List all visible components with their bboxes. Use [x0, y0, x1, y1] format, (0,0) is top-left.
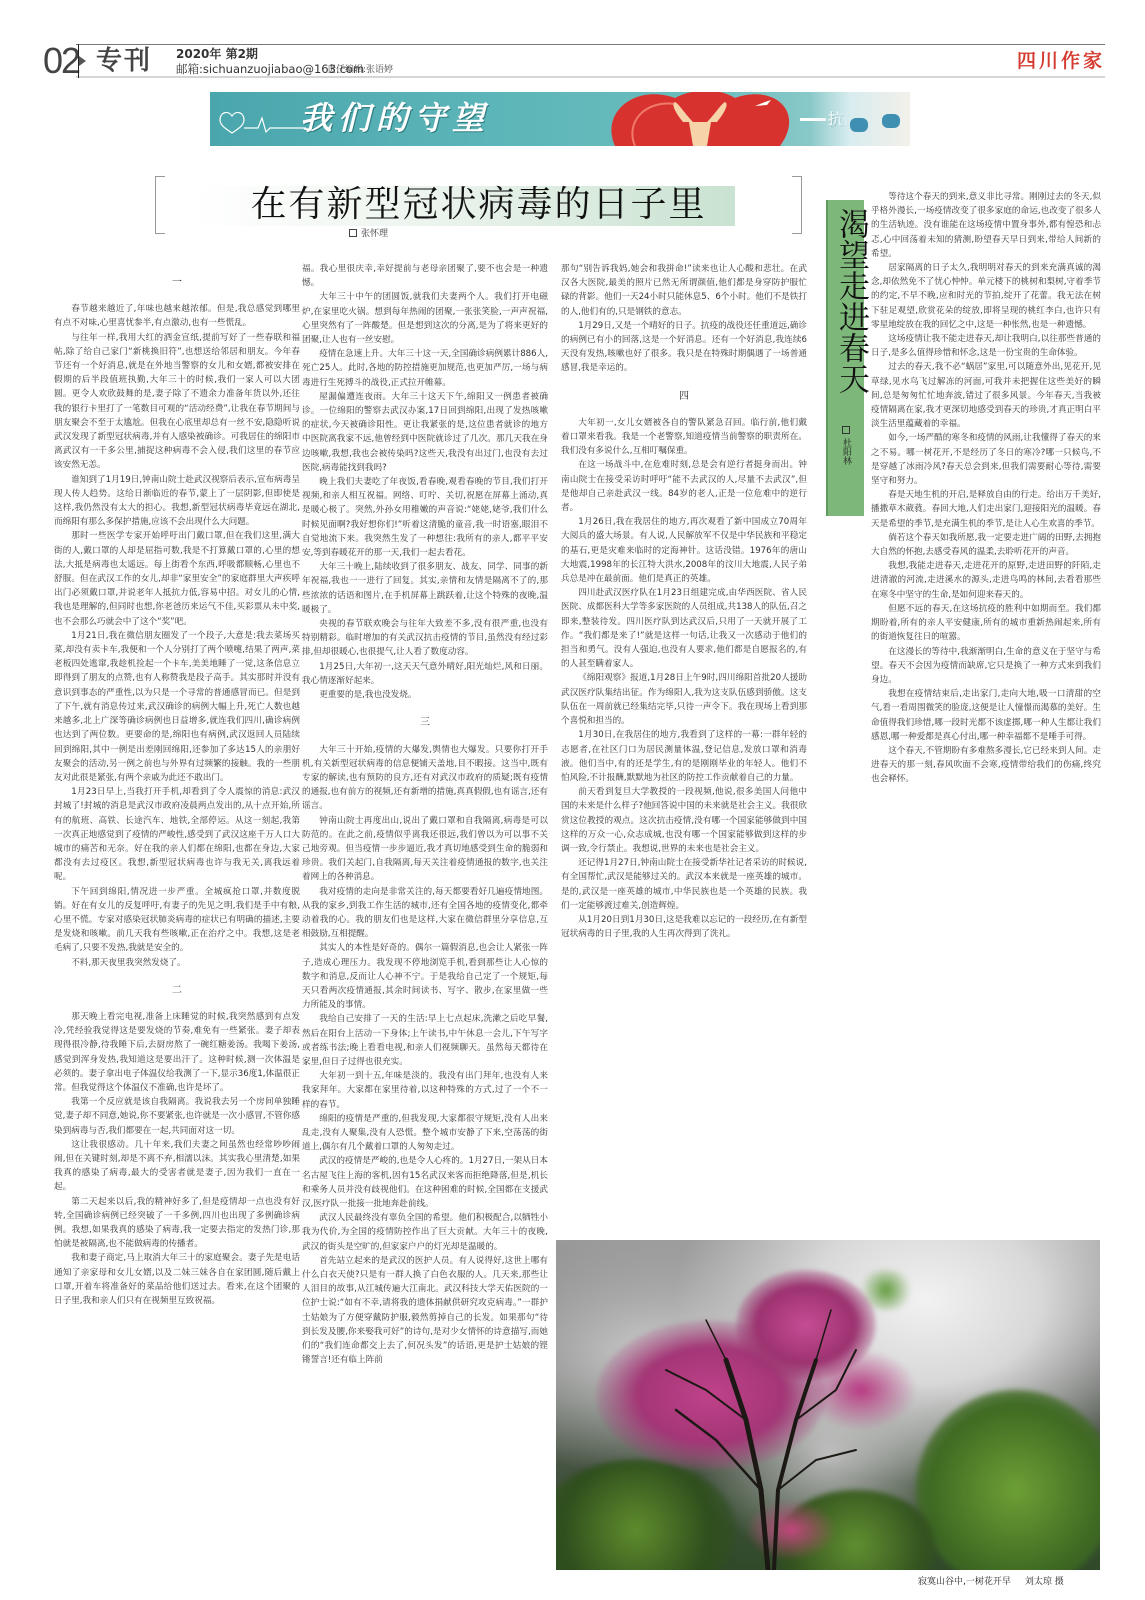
section-heading: 四 — [561, 390, 807, 404]
paragraph: 这让我很感动。几十年来,我们夫妻之间虽然也经常吵吵闹闹,但在关键时刻,却是不离不… — [54, 1138, 300, 1195]
paragraph: 央视的春节联欢晚会与往年大致差不多,没有很严重,也没有特别精彩。临时增加的有关武… — [302, 617, 548, 660]
paragraph: 疫情在急速上升。大年三十这一天,全国确诊病例累计886人,死亡25人。此时,各地… — [302, 347, 548, 390]
byline-box-icon — [842, 426, 850, 434]
paragraph: 1月26日,我在我居住的地方,再次观看了新中国成立70周年大阅兵的盛大场景。有人… — [561, 515, 807, 586]
paragraph: 1月21日,我在微信朋友圈发了一个段子,大意是:我去菜场买菜,却没有卖卡车,我便… — [54, 629, 300, 785]
paragraph: 1月29日,又是一个晴好的日子。抗疫的战役还任重道远,确诊的病例已有小的回落,这… — [561, 319, 807, 376]
section-name: 专刊 — [96, 46, 152, 76]
photo-caption: 寂寞山谷中,一树花开早刘太琼 摄 — [918, 1576, 1064, 1588]
paragraph: 下午回到绵阳,情况进一步严重。全城疯抢口罩,并数度脱销。好在有女儿的反复呼吁,有… — [54, 885, 300, 956]
paragraph: 第二天起来以后,我的精神好多了,但是疫情却一点也没有好转,全国确诊病例已经突破了… — [54, 1195, 300, 1252]
face-mask-icon — [882, 114, 900, 128]
side-author-name: 杜阳林 — [841, 438, 851, 465]
paragraph: 与往年一样,我用大红的洒金宣纸,提前写好了一些春联和福帖,除了给自己家门“新桃换… — [54, 331, 300, 473]
special-issue-banner: 我们的守望 抗击新型冠状病毒疫情专刊 — [210, 92, 910, 146]
paragraph: 我想,我能走进春天,走进花开的原野,走进田野的阡陌,走进清澈的河流,走进溪水的源… — [871, 559, 1101, 602]
paragraph: 屋漏偏遭连夜雨。大年三十这天下午,绵阳又一例患者被确诊。一位绵阳的警察去武汉办案… — [302, 390, 548, 475]
paragraph: 晚上我们夫妻吃了年夜饭,看春晚,观看春晚的节目,我们打开视频,和亲人相互祝福。网… — [302, 475, 548, 560]
paragraph: 1月23日早上,当我打开手机,却看到了令人震惊的消息:武汉封城了!封城的消息是武… — [54, 785, 300, 884]
byline-box-icon — [349, 229, 357, 237]
paragraph: 大年初一,女儿女婿被各自的警队紧急召回。临行前,他们戴着口罩来看我。我是一个老警… — [561, 416, 807, 459]
newspaper-logo: 四川作家 — [1017, 49, 1105, 73]
paragraph: 这个春天,不管期盼有多难熬多漫长,它已经来到人间。走进春天的那一刻,春风吹面不会… — [871, 744, 1101, 787]
paragraph: 居家隔离的日子太久,我明明对春天的到来充满真诚的渴念,却依然免不了忧心忡忡。单元… — [871, 261, 1101, 332]
landscape-photo — [556, 1240, 1100, 1570]
editor-label: 责任编辑:张语婷 — [327, 64, 393, 76]
paragraph: 钟南山院士再度出山,说出了戴口罩和自我隔离,病毒是可以防范的。在此之前,疫情似乎… — [302, 814, 548, 885]
paragraph: 大年三十开始,疫情的大爆发,舆情也大爆发。只要你打开手机,有关新型冠状病毒的信息… — [302, 743, 548, 814]
paragraph: 不料,那天夜里我突然发烧了。 — [54, 956, 300, 970]
side-article-column: 等待这个春天的到来,意义非比寻常。刚刚过去的冬天,似乎格外漫长,一场疫情改变了很… — [871, 190, 1101, 1235]
triangle-marker-icon — [79, 56, 86, 66]
paragraph: 春是天地生机的开启,是释放自由的行走。给出万千美好,播撒草木葳蕤。春回大地,人们… — [871, 488, 1101, 531]
caption-text: 寂寞山谷中,一树花开早 — [918, 1577, 1011, 1587]
tree-branches — [556, 1240, 1100, 1570]
side-article-title: 渴望走进春天 — [831, 208, 867, 394]
article-column-1: 一 春节越来越近了,年味也越来越浓郁。但是,我总感觉到哪里有点不对味,心里喜忧参… — [54, 262, 300, 1592]
paragraph: 那时一些医学专家开始呼吁出门戴口罩,但在我们这里,满大街的人,戴口罩的人却是屈指… — [54, 529, 300, 628]
section-heading: 一 — [54, 276, 300, 290]
article-byline: 张怀理 — [349, 228, 388, 240]
paragraph: 其实人的本性是好奇的。偶尔一篇假消息,也会让人紧张一阵子,造成心理压力。我发现不… — [302, 941, 548, 1012]
paragraph: 大年初一到十五,年味是淡的。我没有出门拜年,也没有人来我家拜年。大家都在家里待着… — [302, 1069, 548, 1112]
paragraph: 我给自己安排了一天的生活:早上七点起床,洗漱之后吃早餐,然后在阳台上活动一下身体… — [302, 1012, 548, 1069]
paragraph: 但愿不远的春天,在这场抗疫的胜利中如期而至。我们都期盼着,所有的亲人平安健康,所… — [871, 602, 1101, 645]
paragraph: 春节越来越近了,年味也越来越浓郁。但是,我总感觉到哪里有点不对味,心里喜忧参半,… — [54, 302, 300, 330]
paragraph: 《绵阳观察》报道,1月28日上午9时,四川绵阳首批20人援助武汉医疗队集结出征。… — [561, 671, 807, 728]
paragraph: 过去的春天,我不必“蜗居”家里,可以随意外出,见花开,见草绿,见水鸟飞过解冻的河… — [871, 360, 1101, 431]
issue-label: 2020年 第2期 — [176, 47, 258, 61]
paragraph: 从1月20日到1月30日,这是我难以忘记的一段经历,在有新型冠状病毒的日子里,我… — [561, 913, 807, 941]
masthead: 02 专刊 2020年 第2期 邮箱:sichuanzuojiabao@163.… — [40, 44, 1105, 78]
side-article-title-block: 渴望走进春天 杜阳林 — [826, 200, 864, 516]
medical-staff-illustration — [810, 92, 910, 146]
paragraph: 大年三十晚上,陆续收到了很多朋友、战友、同学、同事的新年祝福,我也一一进行了回复… — [302, 560, 548, 617]
paragraph: 前天看到复旦大学教授的一段视频,他说,很多美国人问他中国的未来是什么样子?他回答… — [561, 785, 807, 856]
paragraph: 1月30日,在我居住的地方,我看到了这样的一幕:一群年轻的志愿者,在社区门口为居… — [561, 728, 807, 785]
side-article-byline: 杜阳林 — [840, 426, 851, 465]
face-mask-icon — [850, 118, 868, 132]
paragraph: 首先站立起来的是武汉的医护人员。有人说得好,这世上哪有什么白衣天使?只是有一群人… — [302, 1254, 548, 1368]
paragraph: 1月25日,大年初一,这天天气意外晴好,阳光灿烂,风和日丽。我心情逐渐好起来。 — [302, 660, 548, 688]
masthead-bottom-rule — [76, 76, 1105, 78]
paragraph: 倘若这个春天如我所愿,我一定要走进广阔的田野,去拥抱大自然的怀抱,去感受春风的温… — [871, 531, 1101, 559]
photo-credit: 刘太琼 摄 — [1025, 1577, 1064, 1587]
section-heading: 三 — [302, 716, 548, 730]
paragraph: 谁知到了1月19日,钟南山院士赴武汉视察后表示,宣布病毒呈现人传人趋势。这给日渐… — [54, 473, 300, 530]
author-name: 张怀理 — [361, 229, 388, 239]
paragraph: 等待这个春天的到来,意义非比寻常。刚刚过去的冬天,似乎格外漫长,一场疫情改变了很… — [871, 190, 1101, 261]
masthead-top-rule — [76, 44, 1105, 45]
article-column-2: 福。我心里很庆幸,幸好提前与老母亲团聚了,要不也会是一种遗憾。 大年三十中午的团… — [302, 262, 548, 1592]
paragraph: 福。我心里很庆幸,幸好提前与老母亲团聚了,要不也会是一种遗憾。 — [302, 262, 548, 290]
paragraph: 这场疫情让我不能走进春天,却让我明白,以往那些普通的日子,是多么值得珍惜和怀念,… — [871, 332, 1101, 360]
paragraph: 我对疫情的走向是非常关注的,每天都要看好几遍疫情地图。从我的家乡,到我工作生活的… — [302, 885, 548, 942]
paragraph: 绵阳的疫情是严重的,但我发现,大家都很守规矩,没有人出来乱走,没有人聚集,没有人… — [302, 1112, 548, 1155]
paragraph: 武汉的疫情是严峻的,也是令人心疼的。1月27日,一架从日本名古屋飞往上海的客机,… — [302, 1154, 548, 1211]
article-column-3: 那句“别告诉我妈,她会和我拼命!”读来也让人心酸和悲壮。在武汉各大医院,最美的照… — [561, 262, 807, 1218]
paragraph: 我第一个反应就是该自我隔离。我说我去另一个房间单独睡觉,妻子却不同意,她说,你不… — [54, 1095, 300, 1138]
paragraph: 那句“别告诉我妈,她会和我拼命!”读来也让人心酸和悲壮。在武汉各大医院,最美的照… — [561, 262, 807, 319]
paragraph: 那天晚上看完电视,准备上床睡觉的时候,我突然感到有点发冷,凭经验我觉得这是要发烧… — [54, 1010, 300, 1095]
headline-frame: 在有新型冠状病毒的日子里 — [155, 176, 802, 234]
paragraph: 更重要的是,我也没发烧。 — [302, 688, 548, 702]
banner-title: 我们的守望 — [300, 96, 490, 140]
heart-hands-icon — [605, 92, 795, 146]
paragraph: 四川赴武汉医疗队在1月23日组建完成,由华西医院、省人民医院、成都医科大学等多家… — [561, 586, 807, 671]
article-headline: 在有新型冠状病毒的日子里 — [155, 181, 802, 229]
paragraph: 如今,一场严酷的寒冬和疫情的风雨,让我懂得了春天的来之不易。哪一树花开,不是经历… — [871, 431, 1101, 488]
paragraph: 我和妻子商定,马上取消大年三十的家庭聚会。妻子先是电话通知了亲家母和女儿女婿,以… — [54, 1251, 300, 1308]
paragraph: 在这漫长的等待中,我渐渐明白,生命的意义在于坚守与希望。春天不会因为疫情而缺席,… — [871, 645, 1101, 688]
paragraph: 在这一场战斗中,在危难时刻,总是会有逆行者挺身而出。钟南山院士在接受采访时呼吁“… — [561, 458, 807, 515]
paragraph: 大年三十中午的团圆饭,就我们夫妻两个人。我们打开电磁炉,在家里吃火锅。想到每年热… — [302, 290, 548, 347]
page-number: 02 — [43, 42, 79, 80]
paragraph: 武汉人民最终没有辜负全国的希望。他们积极配合,以牺牲小我为代价,为全国的疫情防控… — [302, 1211, 548, 1254]
paragraph: 我想在疫情结束后,走出家门,走向大地,吸一口清甜的空气,看一看周围微笑的脸庞,这… — [871, 687, 1101, 744]
section-heading: 二 — [54, 984, 300, 998]
heartbeat-line-icon — [218, 106, 308, 134]
paragraph: 还记得1月27日,钟南山院士在接受新华社记者采访的时候说,有全国帮忙,武汉是能够… — [561, 856, 807, 913]
